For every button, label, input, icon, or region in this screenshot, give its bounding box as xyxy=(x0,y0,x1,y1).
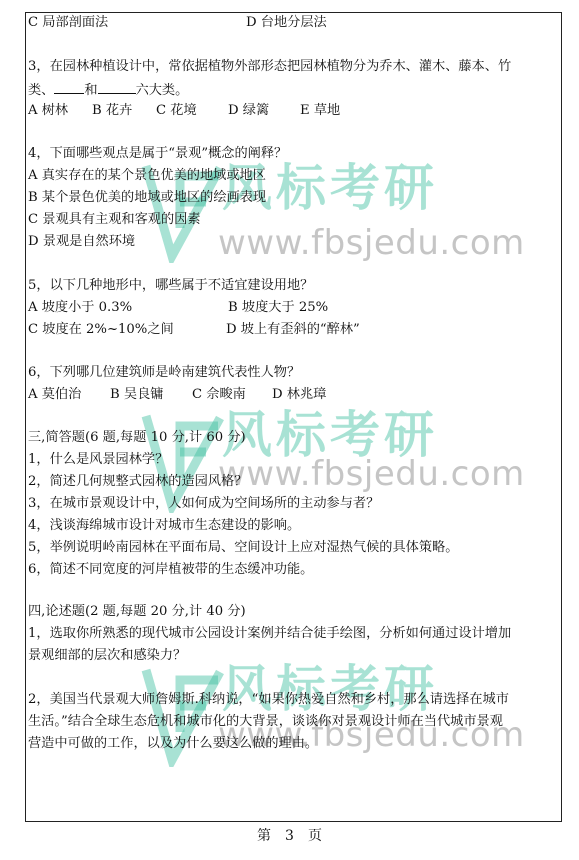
page-number: 3 xyxy=(285,828,294,844)
q3-option-c: C 花境 xyxy=(156,103,228,119)
q3-stem-line2: 类、和六大类。 xyxy=(28,81,188,99)
section4-q1-line1: 1，选取你所熟悉的现代城市公园设计案例并结合徒手绘图，分析如何通过设计增加 xyxy=(28,626,511,642)
page-footer: 第3页 xyxy=(0,827,579,845)
q5-option-d: D 坡上有歪斜的“醉林” xyxy=(226,322,360,338)
q3-option-e: E 草地 xyxy=(300,103,340,119)
q6-option-b: B 吴良镛 xyxy=(110,387,192,403)
q3-blank-2 xyxy=(98,81,136,94)
footer-prefix: 第 xyxy=(257,828,271,844)
q2-option-c: C 局部剖面法 xyxy=(28,15,108,31)
section3-question-1: 1，什么是风景园林学？ xyxy=(28,452,168,468)
q6-stem: 6，下列哪几位建筑师是岭南建筑代表性人物？ xyxy=(28,365,300,381)
q5-option-a: A 坡度小于 0.3% xyxy=(28,300,132,316)
q3-options: A 树林B 花卉C 花境D 绿篱E 草地 xyxy=(28,103,340,119)
q3-stem-line1: 3，在园林种植设计中，常依据植物外部形态把园林植物分为乔木、灌木、藤本、竹 xyxy=(28,59,511,75)
q5-option-b: B 坡度大于 25% xyxy=(228,300,328,316)
q3-stem-prefix: 类、 xyxy=(28,83,54,98)
section4-q2-line2: 生活。”结合全球生态危机和城市化的大背景，谈谈你对景观设计师在当代城市景观 xyxy=(28,714,503,730)
section3-question-4: 4，浅谈海绵城市设计对城市生态建设的影响。 xyxy=(28,518,300,534)
q6-option-c: C 佘畯南 xyxy=(192,387,272,403)
section3-question-3: 3，在城市景观设计中，人如何成为空间场所的主动参与者？ xyxy=(28,496,379,512)
q4-option-d: D 景观是自然环境 xyxy=(28,234,135,250)
section3-question-5: 5，举例说明岭南园林在平面布局、空间设计上应对湿热气候的具体策略。 xyxy=(28,540,458,556)
q6-option-a: A 莫伯治 xyxy=(28,387,110,403)
section3-heading: 三,简答题(6 题,每题 10 分,计 60 分) xyxy=(28,430,246,446)
q3-stem-mid: 和 xyxy=(84,83,97,98)
section4-q2-line1: 2，美国当代景观大师詹姆斯.科纳说，“如果你热爱自然和乡村，那么请选择在城市 xyxy=(28,692,509,708)
section4-q1-line2: 景观细部的层次和感染力？ xyxy=(28,648,186,664)
q2-option-d: D 台地分层法 xyxy=(246,15,327,31)
q4-option-b: B 某个景色优美的地域或地区的绘画表现 xyxy=(28,190,266,206)
section4-heading: 四,论述题(2 题,每题 20 分,计 40 分) xyxy=(28,604,246,620)
q4-stem: 4，下面哪些观点是属于“景观”概念的阐释？ xyxy=(28,146,287,162)
q3-blank-1 xyxy=(54,81,84,94)
q4-option-a: A 真实存在的某个景色优美的地域或地区 xyxy=(28,168,266,184)
q3-stem-suffix: 六大类。 xyxy=(136,83,189,98)
q5-stem: 5，以下几种地形中，哪些属于不适宜建设用地？ xyxy=(28,278,313,294)
section3-question-2: 2，简述几何规整式园林的造园风格？ xyxy=(28,474,247,490)
q4-option-c: C 景观具有主观和客观的因素 xyxy=(28,212,201,228)
q3-option-d: D 绿篱 xyxy=(228,103,300,119)
section3-question-6: 6，简述不同宽度的河岸植被带的生态缓冲功能。 xyxy=(28,562,313,578)
q3-option-b: B 花卉 xyxy=(92,103,156,119)
q6-option-d: D 林兆璋 xyxy=(272,387,326,403)
q6-options: A 莫伯治B 吴良镛C 佘畯南D 林兆璋 xyxy=(28,387,326,403)
q3-option-a: A 树林 xyxy=(28,103,92,119)
section4-q2-line3: 营造中可做的工作，以及为什么要这么做的理由。 xyxy=(28,736,318,752)
footer-suffix: 页 xyxy=(308,828,322,844)
q5-option-c: C 坡度在 2%~10%之间 xyxy=(28,322,174,338)
